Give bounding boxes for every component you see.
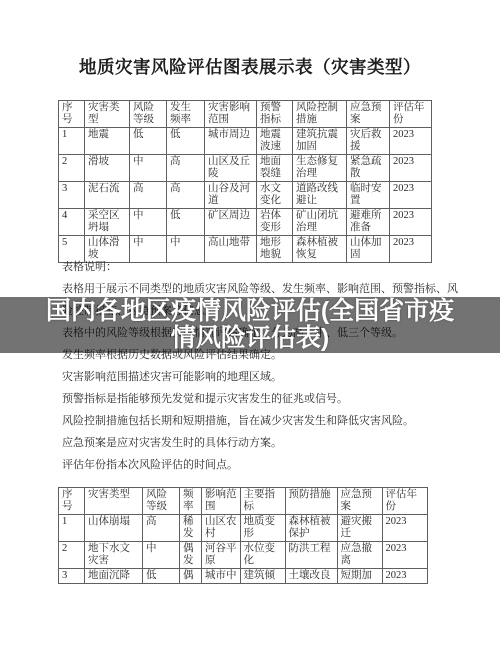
table-cell: 城市中: [202, 569, 241, 584]
table-header-cell: 应急预案: [337, 488, 382, 515]
table-cell: 2023: [382, 569, 427, 584]
table-cell: 4: [59, 209, 85, 236]
table-notes: 表格说明： 表格用于展示不同类型的地质灾害风险等级、发生频率、影响范围、预警指标…: [62, 256, 462, 476]
table-header-cell: 评估年份: [382, 488, 427, 515]
table-cell: 生态修复治理: [293, 155, 347, 182]
table-row: 1山体崩塌高稀发山区农村地质变形森林植被保护避灾搬迁2023: [59, 515, 428, 542]
table-cell: 稀发: [180, 515, 202, 542]
table-cell: 建筑抗震加固: [293, 128, 347, 155]
table-cell: 避难所准备: [347, 209, 390, 236]
table-header-cell: 主要指标: [240, 488, 285, 515]
table-row: 3地面沉降低偶城市中建筑倾土壤改良短期加2023: [59, 569, 428, 584]
table-cell: 避灾搬迁: [337, 515, 382, 542]
table-cell: 地面沉降: [85, 569, 143, 584]
table-header-cell: 序号: [59, 101, 85, 128]
table-cell: 矿区周边: [205, 209, 257, 236]
table-cell: 高: [167, 155, 205, 182]
table-cell: 矿山闭坑治理: [293, 209, 347, 236]
table-header-row: 序号灾害类型风险等级发生频率灾害影响范围预警指标风险控制措施应急预案评估年份: [59, 101, 432, 128]
table-cell: 采空区坍塌: [85, 209, 130, 236]
note-line: 应急预案是应对灾害发生时的具体行动方案。: [62, 432, 462, 454]
note-line: 评估年份指本次风险评估的时间点。: [62, 454, 462, 476]
overlay-title-line1: 国内各地区疫情风险评估(全国省市疫: [35, 298, 465, 325]
table-header-cell: 风险等级: [130, 101, 167, 128]
note-line: 风险控制措施包括长期和短期措施，旨在减少灾害发生和降低灾害风险。: [62, 410, 462, 432]
table-cell: 2023: [390, 128, 432, 155]
table-cell: 1: [59, 515, 85, 542]
table-cell: 山区农村: [202, 515, 241, 542]
table-cell: 城市周边: [205, 128, 257, 155]
table-header-cell: 评估年份: [390, 101, 432, 128]
table-cell: 水文变化: [257, 182, 293, 209]
table-cell: 2023: [390, 155, 432, 182]
table-header-cell: 灾害影响范围: [205, 101, 257, 128]
table-cell: 防洪工程: [285, 542, 337, 569]
table-cell: 地面裂缝: [257, 155, 293, 182]
table-cell: 滑坡: [85, 155, 130, 182]
table-row: 3泥石流高高山谷及河道水文变化道路改线避让临时安置2023: [59, 182, 432, 209]
table-cell: 2023: [390, 209, 432, 236]
table-header-cell: 预防措施: [285, 488, 337, 515]
table-cell: 地震: [85, 128, 130, 155]
page-title: 地质灾害风险评估图表展示表（灾害类型）: [0, 54, 500, 79]
disaster-risk-table: 序号灾害类型风险等级发生频率灾害影响范围预警指标风险控制措施应急预案评估年份 1…: [58, 100, 432, 263]
table-cell: 低: [143, 569, 180, 584]
table-cell: 泥石流: [85, 182, 130, 209]
table-cell: 2: [59, 155, 85, 182]
table-cell: 紧急疏散: [347, 155, 390, 182]
table-cell: 低: [167, 128, 205, 155]
table-cell: 河谷平原: [202, 542, 241, 569]
table-cell: 中: [130, 155, 167, 182]
table-cell: 短期加: [337, 569, 382, 584]
table-cell: 地下水文灾害: [85, 542, 143, 569]
table-cell: 2023: [382, 515, 427, 542]
note-line: 预警指标是指能够预先发觉和提示灾害发生的征兆或信号。: [62, 388, 462, 410]
note-line: 灾害影响范围描述灾害可能影响的地理区域。: [62, 366, 462, 388]
table-cell: 高: [130, 182, 167, 209]
overlay-title-line2: 情风险评估表): [35, 325, 465, 352]
table-cell: 中: [130, 209, 167, 236]
table-cell: 2023: [390, 182, 432, 209]
table-cell: 高: [167, 182, 205, 209]
table-header-cell: 风险等级: [143, 488, 180, 515]
table-cell: 高: [143, 515, 180, 542]
notes-label: 表格说明：: [62, 256, 462, 278]
table-cell: 1: [59, 128, 85, 155]
table-cell: 地震波速: [257, 128, 293, 155]
table-cell: 2023: [382, 542, 427, 569]
table-header-cell: 序号: [59, 488, 85, 515]
table-header-cell: 预警指标: [257, 101, 293, 128]
table-row: 4采空区坍塌中低矿区周边岩体变形矿山闭坑治理避难所准备2023: [59, 209, 432, 236]
table-cell: 山谷及河道: [205, 182, 257, 209]
table-row: 1地震低低城市周边地震波速建筑抗震加固灾后救援2023: [59, 128, 432, 155]
overlay-banner: 国内各地区疫情风险评估(全国省市疫 情风险评估表): [0, 297, 500, 353]
overlay-title: 国内各地区疫情风险评估(全国省市疫 情风险评估表): [35, 297, 465, 352]
table-header-cell: 应急预案: [347, 101, 390, 128]
table-row: 2地下水文灾害中偶发河谷平原水位变化防洪工程应急撤离2023: [59, 542, 428, 569]
table-cell: 山区及丘陵: [205, 155, 257, 182]
table-header-cell: 频率: [180, 488, 202, 515]
table-cell: 3: [59, 182, 85, 209]
table-header-row: 序号灾害类型风险等级频率影响范围主要指标预防措施应急预案评估年份: [59, 488, 428, 515]
table-cell: 应急撤离: [337, 542, 382, 569]
document-page: 地质灾害风险评估图表展示表（灾害类型） 序号灾害类型风险等级发生频率灾害影响范围…: [0, 0, 500, 647]
table-cell: 山体崩塌: [85, 515, 143, 542]
table-cell: 偶: [180, 569, 202, 584]
table-cell: 中: [143, 542, 180, 569]
table-cell: 偶发: [180, 542, 202, 569]
table-cell: 3: [59, 569, 85, 584]
table-cell: 临时安置: [347, 182, 390, 209]
table-cell: 低: [130, 128, 167, 155]
table-cell: 2: [59, 542, 85, 569]
table-cell: 土壤改良: [285, 569, 337, 584]
table-row: 2滑坡中高山区及丘陵地面裂缝生态修复治理紧急疏散2023: [59, 155, 432, 182]
table-header-cell: 灾害类型: [85, 101, 130, 128]
table-cell: 地质变形: [240, 515, 285, 542]
table-header-cell: 灾害类型: [85, 488, 143, 515]
table-cell: 建筑倾: [240, 569, 285, 584]
table-cell: 水位变化: [240, 542, 285, 569]
table-cell: 道路改线避让: [293, 182, 347, 209]
table-cell: 灾后救援: [347, 128, 390, 155]
table-header-cell: 发生频率: [167, 101, 205, 128]
table-header-cell: 影响范围: [202, 488, 241, 515]
prevention-measures-table: 序号灾害类型风险等级频率影响范围主要指标预防措施应急预案评估年份 1山体崩塌高稀…: [58, 487, 428, 584]
table-cell: 森林植被保护: [285, 515, 337, 542]
table-header-cell: 风险控制措施: [293, 101, 347, 128]
table-cell: 低: [167, 209, 205, 236]
table-cell: 岩体变形: [257, 209, 293, 236]
